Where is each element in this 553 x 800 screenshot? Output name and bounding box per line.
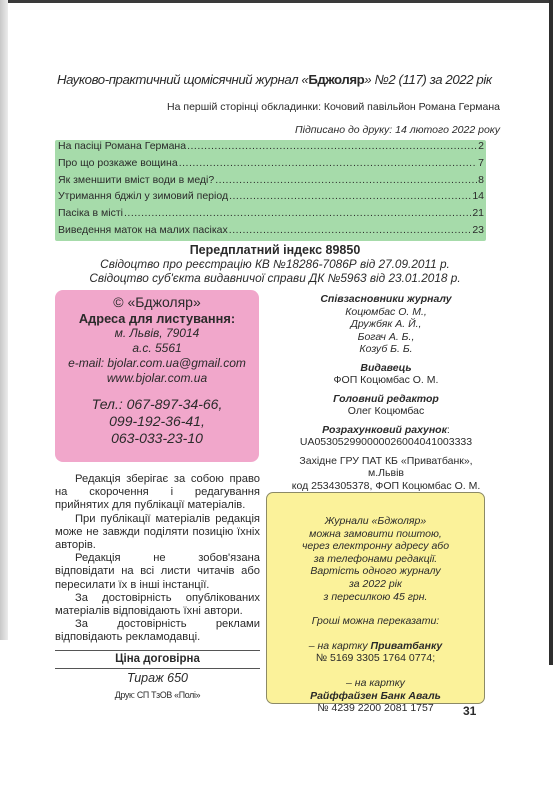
toc-item[interactable]: Пасіка в місті21 xyxy=(55,207,486,224)
toc-item[interactable]: Про що розкаже вощина7 xyxy=(55,157,486,174)
divider xyxy=(55,650,260,651)
signed-date: Підписано до друку: 14 лютого 2022 року xyxy=(295,124,500,136)
transfer-heading: Гроші можна переказати: xyxy=(267,615,484,628)
card1-line: – на картку Приватбанку xyxy=(267,640,484,653)
notice-paragraph: При публікації матеріалів редакція може … xyxy=(55,513,260,553)
page-number: 31 xyxy=(463,704,476,718)
journal-title-line: Науково-практичний щомісячний журнал «Бд… xyxy=(57,72,497,87)
card2-number: № 4239 2200 2081 1757 xyxy=(267,702,484,715)
order-line: Вартість одного журналу xyxy=(267,565,484,578)
leader-dots xyxy=(215,174,477,186)
phone-3[interactable]: 063-033-23-10 xyxy=(55,430,259,447)
price: Ціна договірна xyxy=(55,653,260,665)
cofounders-heading: Співзасновники журналу xyxy=(282,293,490,306)
toc-item[interactable]: Виведення маток на малих пасіках23 xyxy=(55,224,486,241)
leader-dots xyxy=(187,140,477,152)
scan-edge-left xyxy=(0,0,8,640)
account-number: UA053052990000026004041003333 xyxy=(282,436,490,449)
bank-city: м.Львів xyxy=(282,467,490,480)
card1-number: № 5169 3305 1764 0774; xyxy=(267,652,484,665)
scan-edge-right xyxy=(549,0,553,665)
cofounder: Дружбяк А. Й., xyxy=(282,318,490,331)
publisher: ФОП Коцюмбас О. М. xyxy=(282,374,490,387)
card2-bank: Райффайзен Банк Аваль xyxy=(267,690,484,703)
publisher-certificate: Свідоцтво суб'єкта видавничої справи ДК … xyxy=(55,271,495,285)
contact-box: © «Бджоляр» Адреса для листування: м. Ль… xyxy=(55,290,259,462)
cover-note: На першій сторінці обкладинки: Кочовий п… xyxy=(167,101,500,113)
address-heading: Адреса для листування: xyxy=(55,311,259,326)
phone-1[interactable]: Тел.: 067-897-34-66, xyxy=(55,396,259,413)
cofounder: Коцюмбас О. М., xyxy=(282,306,490,319)
po-box: а.с. 5561 xyxy=(55,341,259,356)
leader-dots xyxy=(229,224,472,236)
editor-heading: Головний редактор xyxy=(282,393,490,406)
order-line: за 2022 рік xyxy=(267,578,484,591)
notice-paragraph: Редакція зберігає за собою право на скор… xyxy=(55,473,260,513)
table-of-contents: На пасіці Романа Германа2 Про що розкаже… xyxy=(55,140,486,241)
journal-name: Бджоляр xyxy=(308,72,364,87)
card2-prefix: – на картку xyxy=(267,677,484,690)
email-link[interactable]: e-mail: bjolar.com.ua@gmail.com xyxy=(55,356,259,371)
account-heading-line: Розрахунковий рахунок: xyxy=(282,424,490,437)
toc-item[interactable]: Як зменшити вміст води в меді?8 xyxy=(55,174,486,191)
subscription-index: Передплатний індекс 89850 xyxy=(55,243,495,257)
website-link[interactable]: www.bjolar.com.ua xyxy=(55,371,259,386)
print-run: Тираж 650 xyxy=(55,671,260,685)
publisher-heading: Видавець xyxy=(282,362,490,375)
account-heading: Розрахунковий рахунок xyxy=(322,424,447,436)
printer: Друк: СП ТзОВ «Полі» xyxy=(55,690,260,700)
bank-code: код 2534305378, ФОП Коцюмбас О. М. xyxy=(282,480,490,493)
order-line: Журнали «Бджоляр» xyxy=(267,515,484,528)
editor: Олег Коцюмбас xyxy=(282,405,490,418)
leader-dots xyxy=(179,157,477,169)
notice-paragraph: За достовірність реклами відповідають ре… xyxy=(55,618,260,644)
masthead: Співзасновники журналу Коцюмбас О. М., Д… xyxy=(282,293,490,492)
registration-block: Передплатний індекс 89850 Свідоцтво про … xyxy=(55,241,495,285)
notice-paragraph: Редакція не зобов'язана відповідати на в… xyxy=(55,552,260,592)
order-line: через електронну адресу або xyxy=(267,540,484,553)
divider xyxy=(55,668,260,669)
editorial-notice: Редакція зберігає за собою право на скор… xyxy=(55,473,260,645)
phone-list: Тел.: 067-897-34-66, 099-192-36-41, 063-… xyxy=(55,396,259,447)
toc-item[interactable]: На пасіці Романа Германа2 xyxy=(55,140,486,157)
journal-line-prefix: Науково-практичний щомісячний журнал « xyxy=(57,72,308,87)
leader-dots xyxy=(229,190,471,202)
cofounder: Богач А. Б., xyxy=(282,331,490,344)
order-box: Журнали «Бджоляр» можна замовити поштою,… xyxy=(266,492,485,704)
bank-name: Західне ГРУ ПАТ КБ «Приватбанк», xyxy=(282,455,490,468)
scan-edge-top xyxy=(8,0,553,3)
cofounder: Козуб Б. Б. xyxy=(282,343,490,356)
notice-paragraph: За достовірність опублікованих матеріалі… xyxy=(55,592,260,618)
registration-certificate: Свідоцтво про реєстрацію КВ №18286-7086Р… xyxy=(55,257,495,271)
leader-dots xyxy=(124,207,471,219)
order-line: можна замовити поштою, xyxy=(267,528,484,541)
order-line: з пересилкою 45 грн. xyxy=(267,591,484,604)
card1-bank: Приватбанку xyxy=(371,640,443,652)
toc-item[interactable]: Утримання бджіл у зимовий період14 xyxy=(55,190,486,207)
journal-issue: » №2 (117) за 2022 рік xyxy=(364,72,491,87)
order-line: за телефонами редакції. xyxy=(267,553,484,566)
address-city: м. Львів, 79014 xyxy=(55,326,259,341)
copyright: © «Бджоляр» xyxy=(55,294,259,310)
phone-2[interactable]: 099-192-36-41, xyxy=(55,413,259,430)
